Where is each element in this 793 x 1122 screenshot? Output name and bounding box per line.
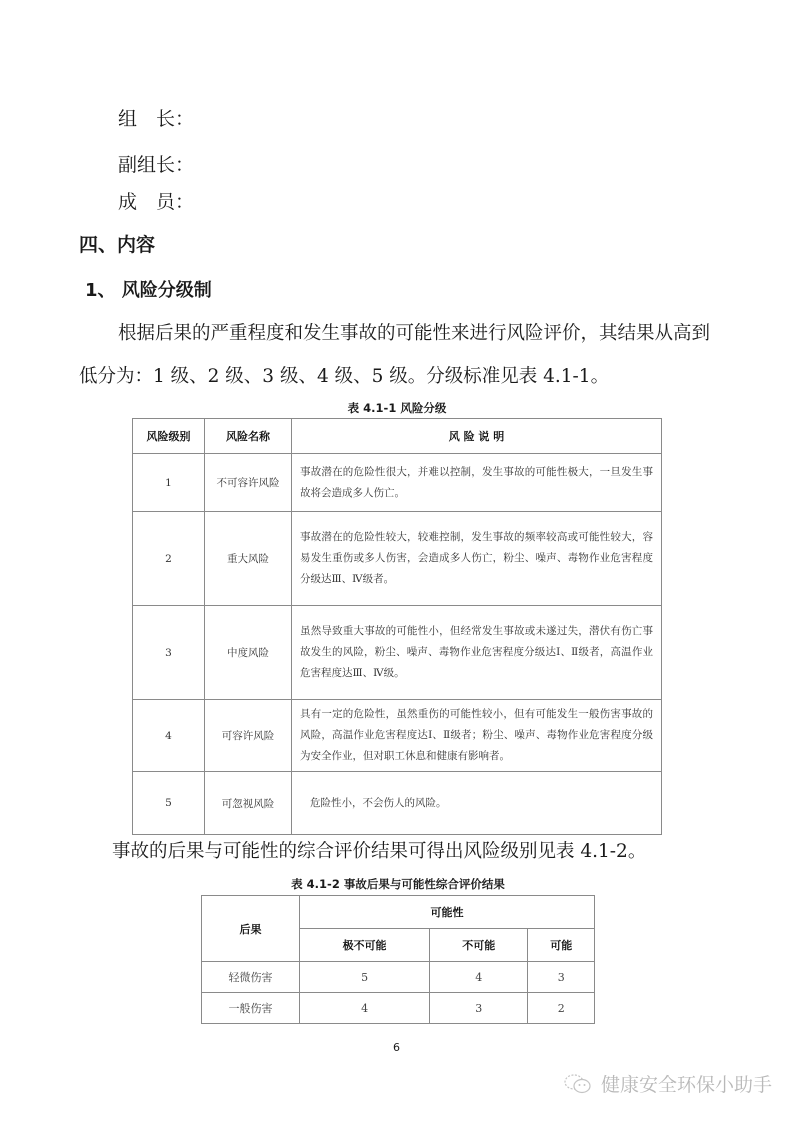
cell-level: 3 (133, 606, 205, 700)
cell-value: 4 (430, 962, 528, 993)
table-header-row: 后果 可能性 (202, 896, 595, 929)
cell-name: 中度风险 (205, 606, 292, 700)
table-row: 轻微伤害 5 4 3 (202, 962, 595, 993)
header-col-0: 极不可能 (300, 929, 430, 962)
intro-line-2: 低分为：1 级、2 级、3 级、4 级、5 级。分级标准见表 4.1-1。 (79, 355, 609, 398)
cell-level: 5 (133, 772, 205, 835)
consequence-likelihood-table: 后果 可能性 极不可能 不可能 可能 轻微伤害 5 4 3 一般伤害 4 3 2 (201, 895, 595, 1024)
header-col-2: 可能 (528, 929, 595, 962)
table-row: 5 可忽视风险 危险性小，不会伤人的风险。 (133, 772, 662, 835)
subsection-heading: 1、 风险分级制 (85, 276, 212, 302)
watermark: 健康安全环保小助手 (563, 1070, 772, 1097)
cell-name: 可忽视风险 (205, 772, 292, 835)
between-text: 事故的后果与可能性的综合评价结果可得出风险级别见表 4.1-2。 (112, 830, 646, 873)
cell-value: 5 (300, 962, 430, 993)
table-header-row: 风险级别 风险名称 风 险 说 明 (133, 419, 662, 454)
header-desc: 风 险 说 明 (292, 419, 662, 454)
cell-value: 2 (528, 993, 595, 1024)
table1-caption: 表 4.1-1 风险分级 (132, 400, 662, 416)
cell-value: 3 (430, 993, 528, 1024)
cell-desc: 危险性小，不会伤人的风险。 (292, 772, 662, 835)
cell-desc: 虽然导致重大事故的可能性小，但经常发生事故或未遂过失，潜伏有伤亡事故发生的风险，… (292, 606, 662, 700)
table2-caption: 表 4.1-2 事故后果与可能性综合评价结果 (201, 876, 595, 892)
cell-desc: 事故潜在的危险性较大，较难控制，发生事故的频率较高或可能性较大，容易发生重伤或多… (292, 512, 662, 606)
cell-name: 可容许风险 (205, 700, 292, 772)
risk-level-table: 风险级别 风险名称 风 险 说 明 1 不可容许风险 事故潜在的危险性很大，并难… (132, 418, 662, 835)
intro-line-1: 根据后果的严重程度和发生事故的可能性来进行风险评价，其结果从高到 (118, 312, 710, 355)
cell-value: 3 (528, 962, 595, 993)
role-deputy: 副组长： (118, 150, 194, 177)
header-likelihood: 可能性 (300, 896, 595, 929)
table-row: 2 重大风险 事故潜在的危险性较大，较难控制，发生事故的频率较高或可能性较大，容… (133, 512, 662, 606)
header-level: 风险级别 (133, 419, 205, 454)
table-row: 一般伤害 4 3 2 (202, 993, 595, 1024)
table-row: 1 不可容许风险 事故潜在的危险性很大，并难以控制，发生事故的可能性极大，一旦发… (133, 454, 662, 512)
role-members: 成 员： (118, 187, 194, 214)
watermark-text: 健康安全环保小助手 (601, 1070, 772, 1097)
row-label: 轻微伤害 (202, 962, 300, 993)
section-heading: 四、内容 (79, 230, 155, 257)
row-label: 一般伤害 (202, 993, 300, 1024)
header-name: 风险名称 (205, 419, 292, 454)
table-row: 4 可容许风险 具有一定的危险性，虽然重伤的可能性较小，但有可能发生一般伤害事故… (133, 700, 662, 772)
wechat-icon (563, 1073, 593, 1095)
cell-level: 4 (133, 700, 205, 772)
cell-level: 1 (133, 454, 205, 512)
cell-value: 4 (300, 993, 430, 1024)
table-row: 3 中度风险 虽然导致重大事故的可能性小，但经常发生事故或未遂过失，潜伏有伤亡事… (133, 606, 662, 700)
cell-desc: 具有一定的危险性，虽然重伤的可能性较小，但有可能发生一般伤害事故的风险，高温作业… (292, 700, 662, 772)
header-col-1: 不可能 (430, 929, 528, 962)
role-leader: 组 长： (118, 104, 194, 131)
cell-level: 2 (133, 512, 205, 606)
header-consequence: 后果 (202, 896, 300, 962)
cell-desc: 事故潜在的危险性很大，并难以控制，发生事故的可能性极大，一旦发生事故将会造成多人… (292, 454, 662, 512)
cell-name: 重大风险 (205, 512, 292, 606)
cell-name: 不可容许风险 (205, 454, 292, 512)
page-number: 6 (393, 1041, 400, 1054)
